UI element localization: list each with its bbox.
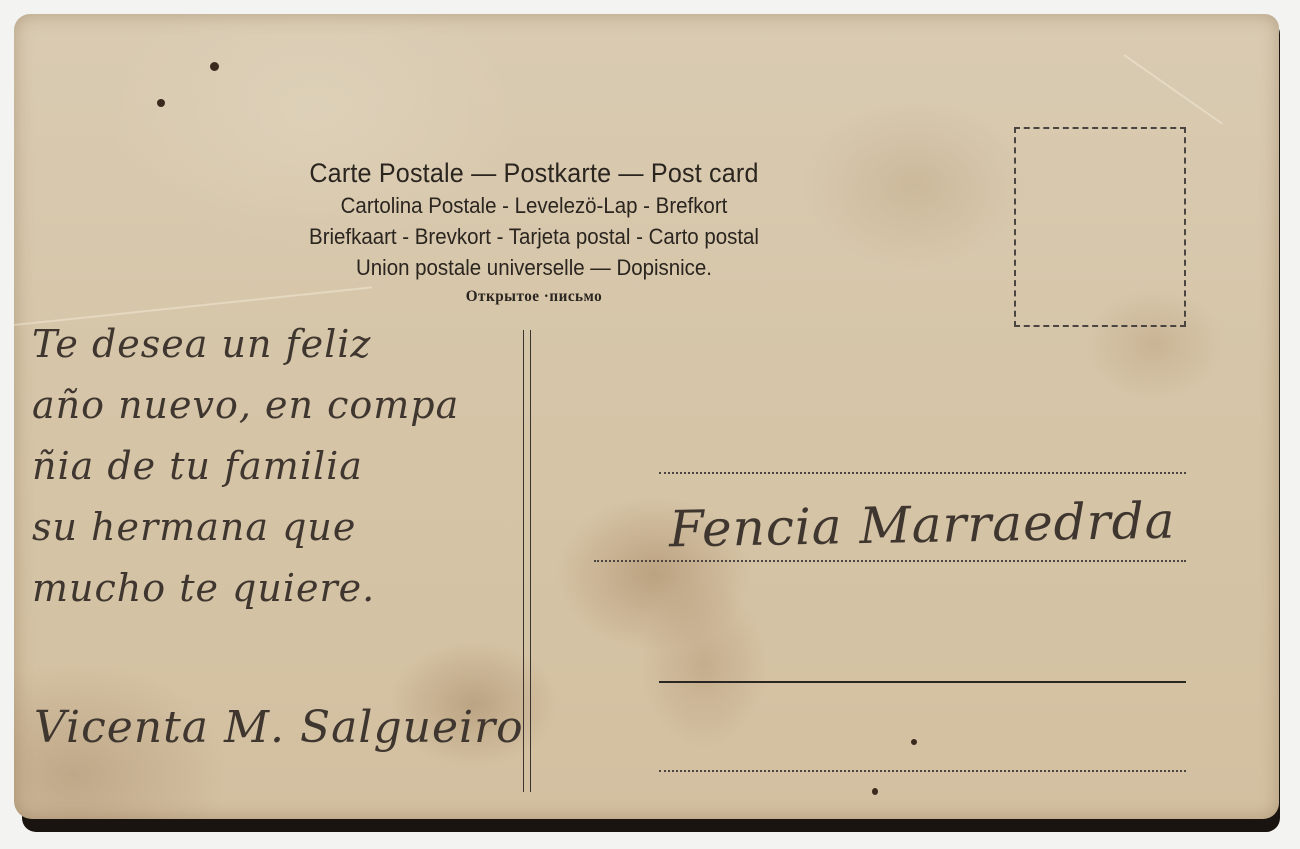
- ink-spot: [210, 62, 219, 71]
- message-line: Te desea un feliz: [32, 314, 459, 375]
- address-line-1: [659, 472, 1186, 474]
- header-line-5: Открытое ·письмо: [202, 283, 867, 311]
- message-line: mucho te quiere.: [32, 558, 459, 619]
- crease: [1123, 54, 1222, 124]
- ink-spot: [911, 739, 917, 745]
- postcard: Carte Postale — Postkarte — Post card Ca…: [14, 14, 1279, 819]
- message-line: año nuevo, en compa: [32, 375, 459, 436]
- ink-spot: [872, 788, 878, 795]
- recipient-name: Fencia Marraedrda: [669, 492, 1176, 559]
- handwritten-message: Te desea un feliz año nuevo, en compa ñi…: [32, 314, 459, 619]
- header-line-3: Briefkaart - Brevkort - Tarjeta postal -…: [209, 221, 860, 252]
- header-line-1: Carte Postale — Postkarte — Post card: [209, 156, 860, 190]
- header-line-2: Cartolina Postale - Levelezö-Lap - Brefk…: [209, 190, 860, 221]
- address-line-3: [659, 681, 1186, 683]
- ink-spot: [157, 99, 165, 107]
- message-line: su hermana que: [32, 497, 459, 558]
- address-line-4: [659, 770, 1186, 772]
- center-divider: [523, 330, 531, 792]
- stamp-box: [1014, 127, 1186, 327]
- signature: Vicenta M. Salgueiro: [34, 702, 524, 753]
- postcard-header: Carte Postale — Postkarte — Post card Ca…: [184, 156, 884, 311]
- header-line-4: Union postale universelle — Dopisnice.: [209, 252, 860, 283]
- message-line: ñia de tu familia: [32, 436, 459, 497]
- address-line-2: [594, 560, 1186, 562]
